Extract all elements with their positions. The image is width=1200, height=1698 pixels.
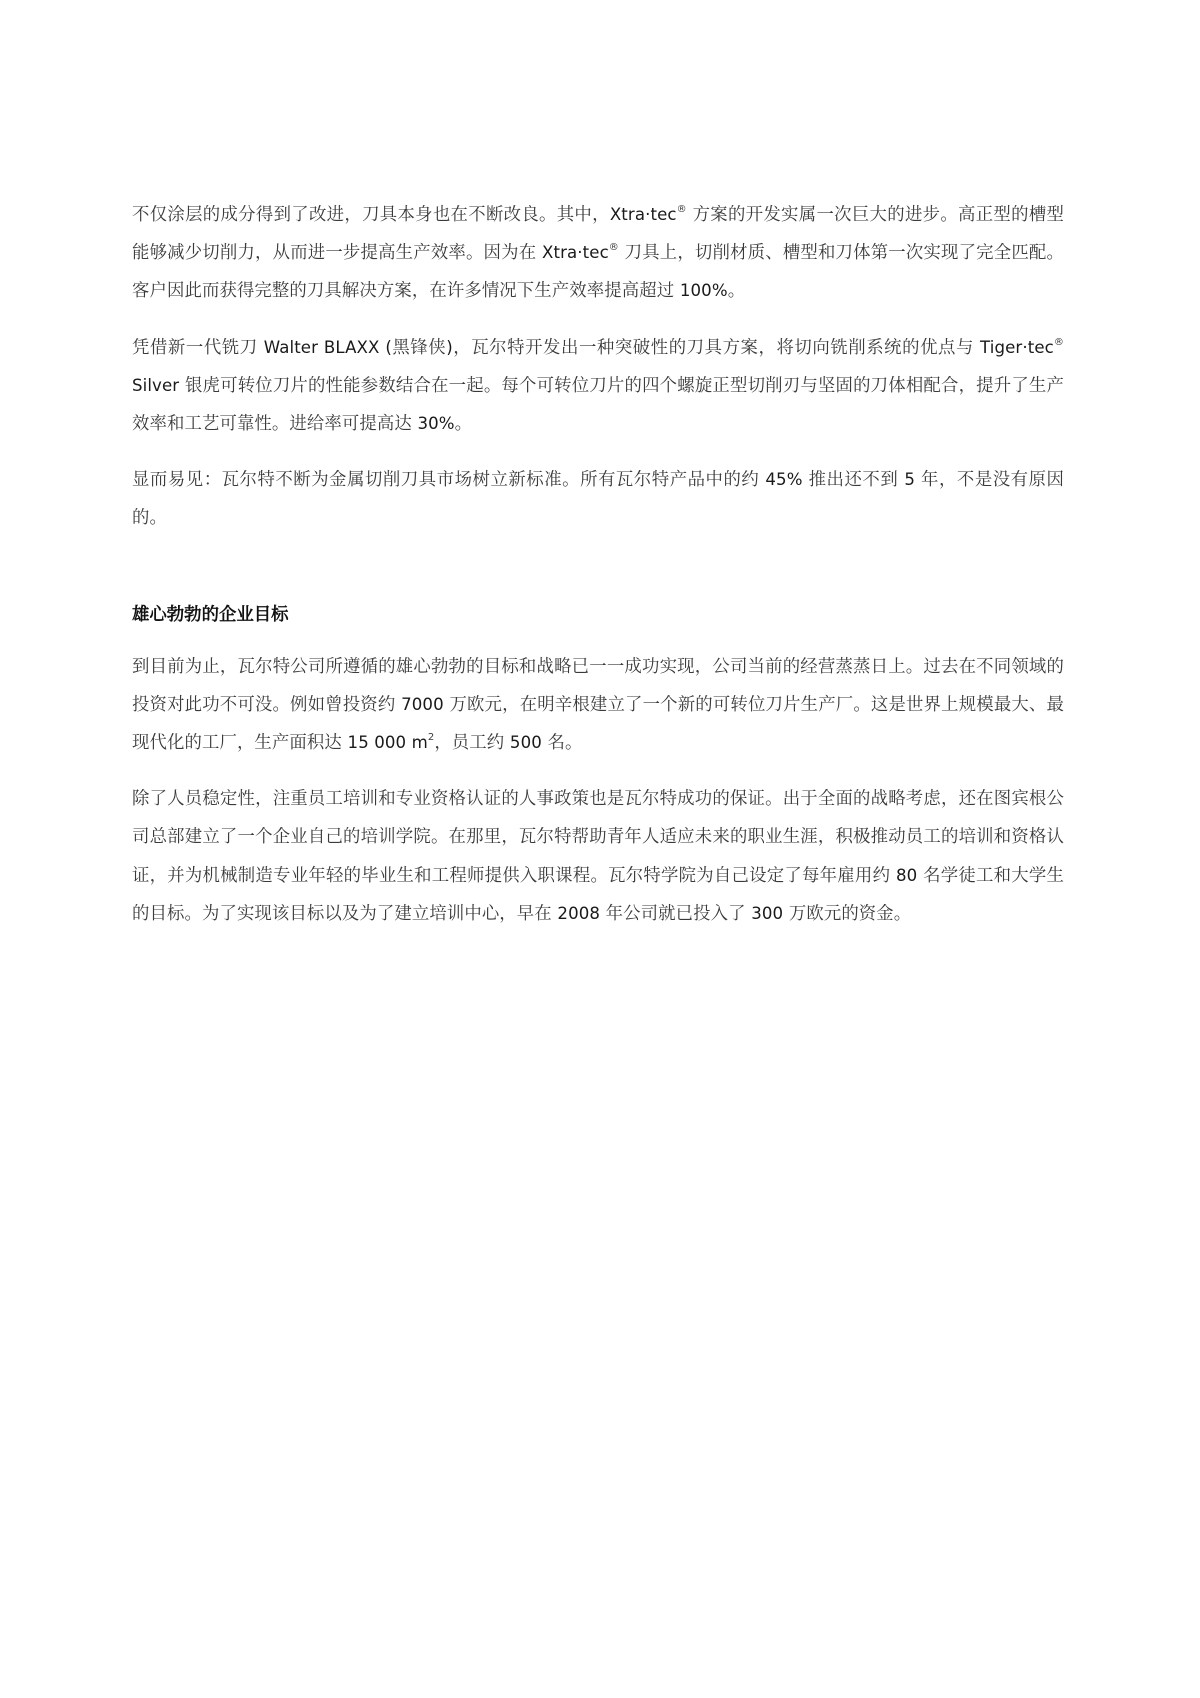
document-page: 不仅涂层的成分得到了改进，刀具本身也在不断改良。其中，Xtra·tec® 方案的… — [132, 196, 1064, 933]
section-corporate-goals: 雄心勃勃的企业目标 到目前为止，瓦尔特公司所遵循的雄心勃勃的目标和战略已一一成功… — [132, 596, 1064, 933]
latin-text: Walter BLAXX ( — [264, 338, 392, 357]
superscript: ® — [609, 242, 619, 253]
superscript: ® — [677, 204, 687, 215]
latin-text: 5 — [904, 470, 915, 489]
paragraph-training-academy: 除了人员稳定性，注重员工培训和专业资格认证的人事政策也是瓦尔特成功的保证。出于全… — [132, 780, 1064, 933]
latin-text: 15 000 m — [348, 733, 428, 752]
latin-text: Silver — [132, 376, 179, 395]
latin-text: 500 — [510, 733, 542, 752]
paragraph-new-standards: 显而易见：瓦尔特不断为金属切削刀具市场树立新标准。所有瓦尔特产品中的约 45% … — [132, 461, 1064, 537]
latin-text: 45% — [765, 470, 802, 489]
superscript: ® — [1054, 337, 1064, 348]
latin-text: 7000 — [401, 695, 444, 714]
latin-text: ) — [446, 338, 453, 357]
paragraph-walter-blaxx: 凭借新一代铣刀 Walter BLAXX (黑锋侠)，瓦尔特开发出一种突破性的刀… — [132, 329, 1064, 444]
section-innovation: 不仅涂层的成分得到了改进，刀具本身也在不断改良。其中，Xtra·tec® 方案的… — [132, 196, 1064, 538]
latin-text: Xtra·tec — [542, 243, 609, 262]
latin-text: 80 — [896, 866, 917, 885]
section-heading: 雄心勃勃的企业目标 — [132, 596, 1064, 634]
latin-text: 30% — [417, 414, 454, 433]
superscript: 2 — [428, 732, 434, 743]
latin-text: Tiger·tec — [980, 338, 1054, 357]
paragraph-investment: 到目前为止，瓦尔特公司所遵循的雄心勃勃的目标和战略已一一成功实现，公司当前的经营… — [132, 648, 1064, 763]
latin-text: 300 — [751, 904, 783, 923]
latin-text: Xtra·tec — [610, 205, 677, 224]
paragraph-xtratec: 不仅涂层的成分得到了改进，刀具本身也在不断改良。其中，Xtra·tec® 方案的… — [132, 196, 1064, 311]
latin-text: 2008 — [557, 904, 600, 923]
latin-text: 100% — [680, 281, 728, 300]
